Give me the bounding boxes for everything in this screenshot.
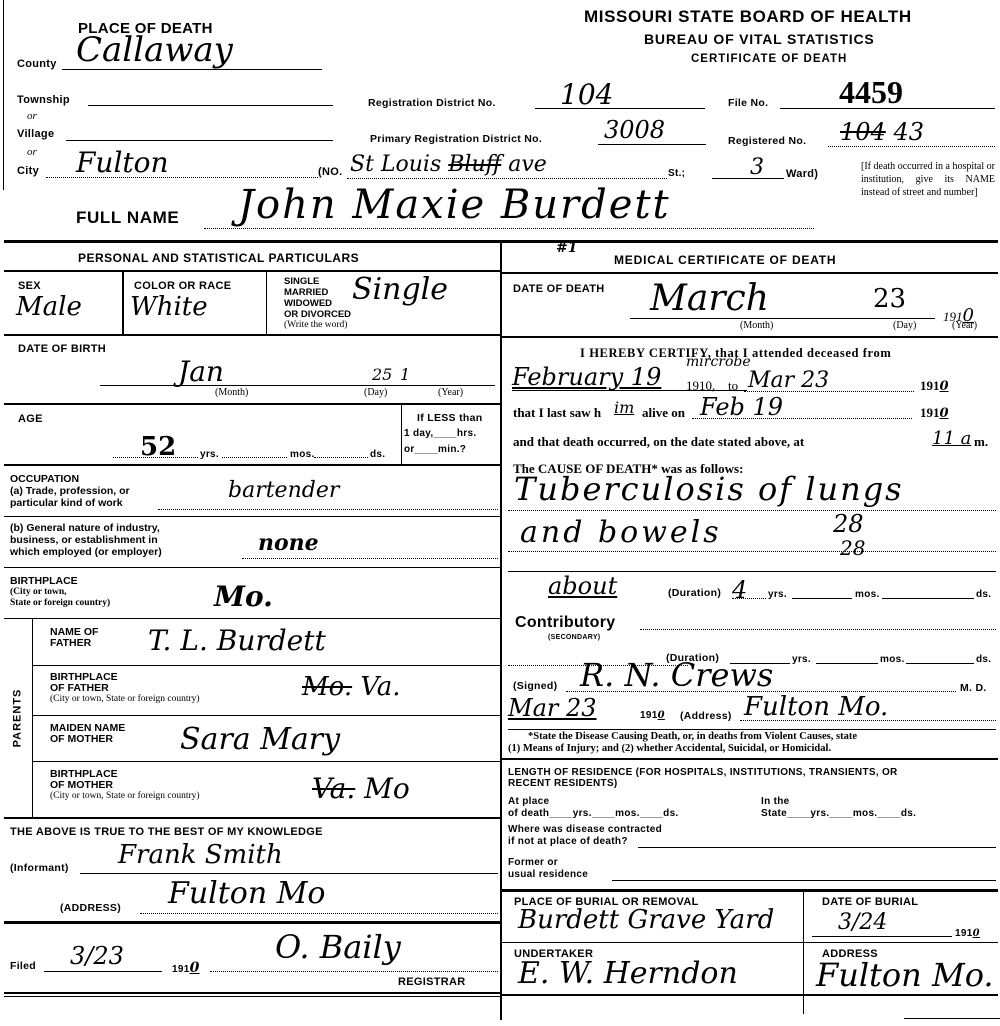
township-label: Township: [17, 94, 70, 106]
duration-years[interactable]: 4: [732, 576, 747, 604]
father-name-label: NAME OF FATHER: [50, 627, 98, 649]
filed-year: 1910: [172, 960, 200, 976]
registered-label: Registered No.: [728, 135, 806, 147]
death-day[interactable]: 23: [873, 284, 906, 314]
hospital-note: [If death occurred in a hospital or inst…: [861, 160, 995, 199]
signed-year: 1910: [640, 710, 665, 721]
registrar-label: REGISTRAR: [398, 976, 465, 988]
burial-date-value[interactable]: 3/24: [838, 910, 887, 935]
parents-side-label: PARENTS: [11, 689, 23, 748]
signed-label: (Signed): [513, 680, 557, 692]
mother-birthplace-label: BIRTHPLACE OF MOTHER (City or town, Stat…: [50, 769, 200, 802]
death-time[interactable]: 11 a: [932, 428, 971, 449]
certificate-title: CERTIFICATE OF DEATH: [691, 53, 847, 65]
cause-code-2: 28: [840, 536, 865, 560]
race-label: COLOR OR RACE: [134, 280, 231, 292]
informant-label: (Informant): [10, 862, 69, 874]
former-residence-label: Former or usual residence: [508, 857, 588, 881]
sex-label: SEX: [18, 280, 41, 292]
attended-from[interactable]: February 19: [512, 363, 661, 391]
file-label: File No.: [728, 97, 768, 109]
board-title: MISSOURI STATE BOARD OF HEALTH: [584, 7, 912, 27]
mother-name-value[interactable]: Sara Mary: [180, 722, 340, 757]
burial-address-value[interactable]: Fulton Mo.: [816, 956, 994, 994]
occupation-a-label: OCCUPATION (a) Trade, profession, or par…: [10, 473, 130, 509]
personal-section-title: PERSONAL AND STATISTICAL PARTICULARS: [78, 251, 359, 265]
cause-line-1[interactable]: Tuberculosis of lungs: [514, 470, 904, 508]
county-value[interactable]: Callaway: [76, 30, 233, 70]
attended-to[interactable]: Mar 23: [748, 368, 829, 393]
father-birthplace-value[interactable]: Mo. Va.: [302, 672, 401, 702]
cause-code-1: 28: [833, 510, 864, 538]
dob-label: DATE OF BIRTH: [18, 343, 106, 355]
dob-day[interactable]: 25: [372, 365, 392, 384]
ward-label: Ward): [786, 168, 818, 180]
residence-in-state: In the State____yrs.____mos.____ds.: [761, 796, 916, 820]
burial-date-label: DATE OF BURIAL: [822, 896, 918, 908]
mother-birthplace-value[interactable]: Va. Mo: [312, 772, 410, 805]
cause-line-2[interactable]: and bowels: [520, 515, 722, 550]
occupation-b-value[interactable]: none: [258, 530, 319, 556]
informant-address-value[interactable]: Fulton Mo: [168, 876, 326, 911]
race-value[interactable]: White: [130, 292, 208, 322]
contributory-label: Contributory: [515, 614, 615, 632]
margin-note: #1: [556, 240, 577, 256]
primary-district-value[interactable]: 3008: [604, 116, 665, 144]
file-value[interactable]: 4459: [839, 74, 903, 111]
district-value[interactable]: 104: [560, 78, 613, 111]
death-occurred-text: and that death occurred, on the date sta…: [513, 434, 804, 450]
city-label: City: [17, 165, 39, 177]
signed-date[interactable]: Mar 23: [508, 694, 597, 722]
city-value[interactable]: Fulton: [76, 146, 169, 179]
death-certificate: PLACE OF DEATH MISSOURI STATE BOARD OF H…: [0, 0, 1000, 1026]
residence-title: LENGTH OF RESIDENCE (FOR HOSPITALS, INST…: [508, 767, 898, 789]
district-label: Registration District No.: [368, 97, 496, 109]
father-name-value[interactable]: T. L. Burdett: [148, 624, 326, 657]
last-saw-label: that I last saw h: [513, 405, 601, 421]
certify-insert: mircrobe: [686, 354, 751, 370]
duration-prefix[interactable]: about: [548, 572, 617, 600]
attended-to-year: 1910: [920, 378, 949, 394]
primary-district-label: Primary Registration District No.: [370, 133, 542, 145]
street-value[interactable]: St Louis Bluff ave: [350, 152, 547, 177]
contracted-label: Where was disease contracted if not at p…: [508, 824, 662, 848]
last-saw-value[interactable]: im: [614, 398, 634, 417]
occupation-b-label: (b) General nature of industry, business…: [10, 522, 162, 558]
registrar-signature[interactable]: O. Baily: [275, 928, 401, 966]
last-saw-year: 1910: [920, 405, 949, 421]
informant-statement: THE ABOVE IS TRUE TO THE BEST OF MY KNOW…: [10, 826, 323, 838]
attended-from-year: 1910,: [686, 378, 715, 394]
footnote-2: (1) Means of Injury; and (2) whether Acc…: [508, 743, 831, 754]
residence-at-place: At place of death____yrs.____mos.____ds.: [508, 796, 679, 820]
md-label: M. D.: [960, 682, 987, 694]
father-birthplace-label: BIRTHPLACE OF FATHER (City or town, Stat…: [50, 672, 200, 705]
registered-value[interactable]: 104 43: [840, 118, 924, 146]
undertaker-value[interactable]: E. W. Herndon: [518, 956, 738, 991]
mother-name-label: MAIDEN NAME OF MOTHER: [50, 723, 125, 745]
filed-label: Filed: [10, 960, 36, 972]
full-name-label: FULL NAME: [76, 208, 179, 228]
date-of-death-label: DATE OF DEATH: [513, 283, 605, 295]
burial-year: 1910: [955, 928, 980, 939]
dob-month[interactable]: Jan: [178, 355, 224, 388]
signed-value[interactable]: R. N. Crews: [580, 656, 773, 694]
burial-place-value[interactable]: Burdett Grave Yard: [518, 905, 774, 935]
age-label: AGE: [18, 413, 43, 425]
occupation-a-value[interactable]: bartender: [228, 478, 339, 503]
county-label: County: [17, 58, 57, 70]
birthplace-value[interactable]: Mo.: [214, 580, 273, 613]
marital-value[interactable]: Single: [352, 272, 448, 307]
st-label: St.;: [668, 168, 685, 179]
filed-date[interactable]: 3/23: [70, 942, 124, 970]
informant-address-label: (ADDRESS): [60, 902, 121, 914]
medical-section-title: MEDICAL CERTIFICATE OF DEATH: [614, 253, 836, 267]
marital-labels: SINGLE MARRIED WIDOWED OR DIVORCED (Writ…: [284, 276, 351, 331]
physician-address[interactable]: Fulton Mo.: [744, 692, 888, 722]
footnote-1: *State the Disease Causing Death, or, in…: [528, 731, 857, 742]
village-label: Village: [17, 128, 54, 140]
bureau-title: BUREAU OF VITAL STATISTICS: [644, 31, 875, 47]
street-label: (NO.: [318, 166, 342, 178]
full-name-value[interactable]: John Maxie Burdett: [238, 182, 671, 228]
dob-year[interactable]: 1: [400, 365, 410, 384]
informant-value[interactable]: Frank Smith: [118, 840, 283, 870]
ward-value[interactable]: 3: [750, 155, 764, 180]
birthplace-label: BIRTHPLACE (City or town, State or forei…: [10, 576, 110, 609]
less-than-label: If LESS than: [417, 412, 482, 424]
death-month[interactable]: March: [650, 278, 769, 319]
scan-edge: [3, 0, 4, 190]
last-saw-date[interactable]: Feb 19: [700, 393, 783, 421]
center-divider: [500, 240, 502, 1020]
sex-value[interactable]: Male: [16, 292, 82, 322]
